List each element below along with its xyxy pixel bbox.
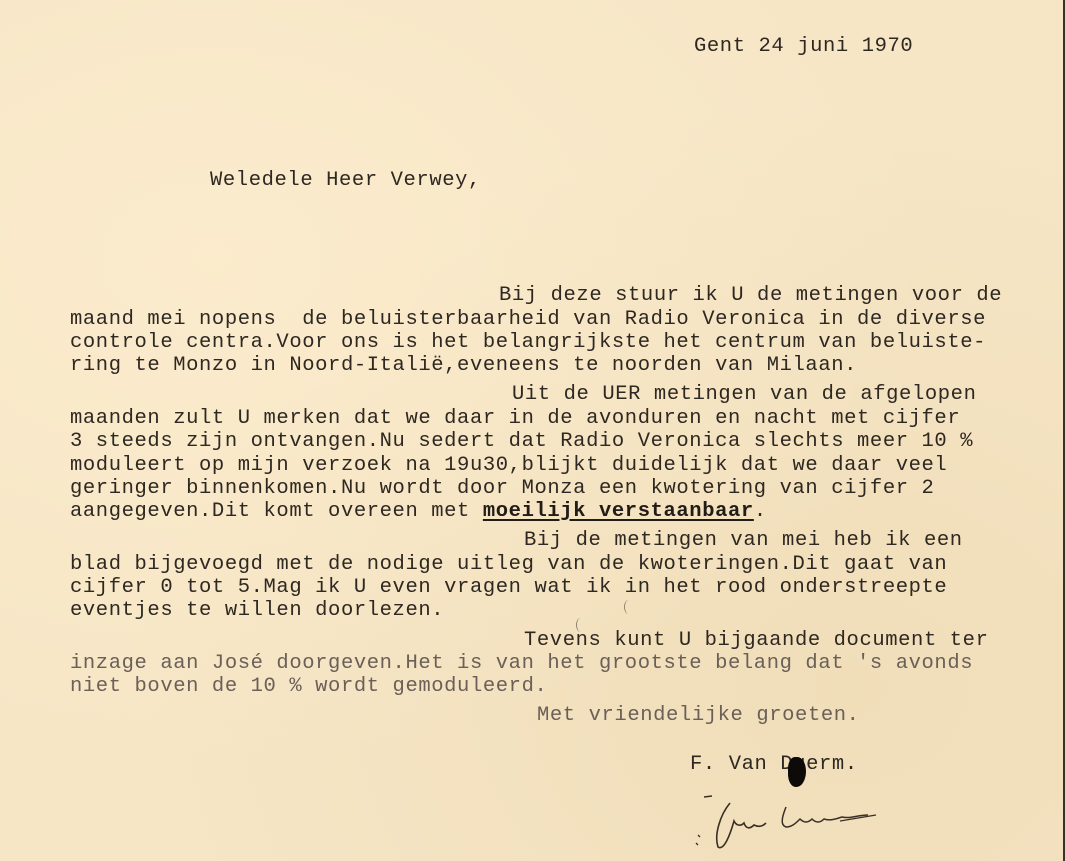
place-date: Gent 24 juni 1970: [694, 36, 913, 58]
handwritten-signature: [690, 785, 900, 855]
body-line-9: geringer binnenkomen.Nu wordt door Monza…: [70, 478, 934, 500]
ink-blot: [788, 757, 806, 787]
body-line-15: Tevens kunt U bijgaande document ter: [524, 630, 988, 652]
body-line-10: aangegeven.Dit komt overeen met moeilijk…: [70, 501, 767, 523]
body-line-17: niet boven de 10 % wordt gemoduleerd.: [70, 676, 547, 698]
body-line-3: controle centra.Voor ons is het belangri…: [70, 332, 986, 354]
body-line-6: maanden zult U merken dat we daar in de …: [70, 408, 960, 430]
letter-page: Gent 24 juni 1970 Weledele Heer Verwey, …: [0, 0, 1065, 861]
body-line-8: moduleert op mijn verzoek na 19u30,blijk…: [70, 455, 947, 477]
body-line-1: Bij deze stuur ik U de metingen voor de: [499, 285, 1002, 307]
body-line-13: cijfer 0 tot 5.Mag ik U even vragen wat …: [70, 577, 947, 599]
underlined-phrase: moeilijk verstaanbaar: [483, 500, 754, 523]
body-line-10-text: aangegeven.Dit komt overeen met: [70, 500, 483, 523]
body-line-11: Bij de metingen van mei heb ik een: [524, 530, 963, 552]
pen-mark: [576, 618, 585, 632]
underlined-suffix: .: [754, 500, 767, 523]
body-line-14: eventjes te willen doorlezen.: [70, 600, 444, 622]
body-line-5: Uit de UER metingen van de afgelopen: [512, 384, 976, 406]
signatory-name: F. Van Duerm.: [690, 754, 858, 776]
body-line-16: inzage aan José doorgeven.Het is van het…: [70, 653, 973, 675]
body-line-12: blad bijgevoegd met de nodige uitleg van…: [70, 554, 947, 576]
body-line-4: ring te Monzo in Noord-Italië,eveneens t…: [70, 355, 857, 377]
salutation: Weledele Heer Verwey,: [210, 170, 481, 192]
body-line-2: maand mei nopens de beluisterbaarheid va…: [70, 309, 986, 331]
closing: Met vriendelijke groeten.: [537, 705, 860, 727]
pen-mark: [624, 600, 633, 614]
body-line-7: 3 steeds zijn ontvangen.Nu sedert dat Ra…: [70, 431, 973, 453]
